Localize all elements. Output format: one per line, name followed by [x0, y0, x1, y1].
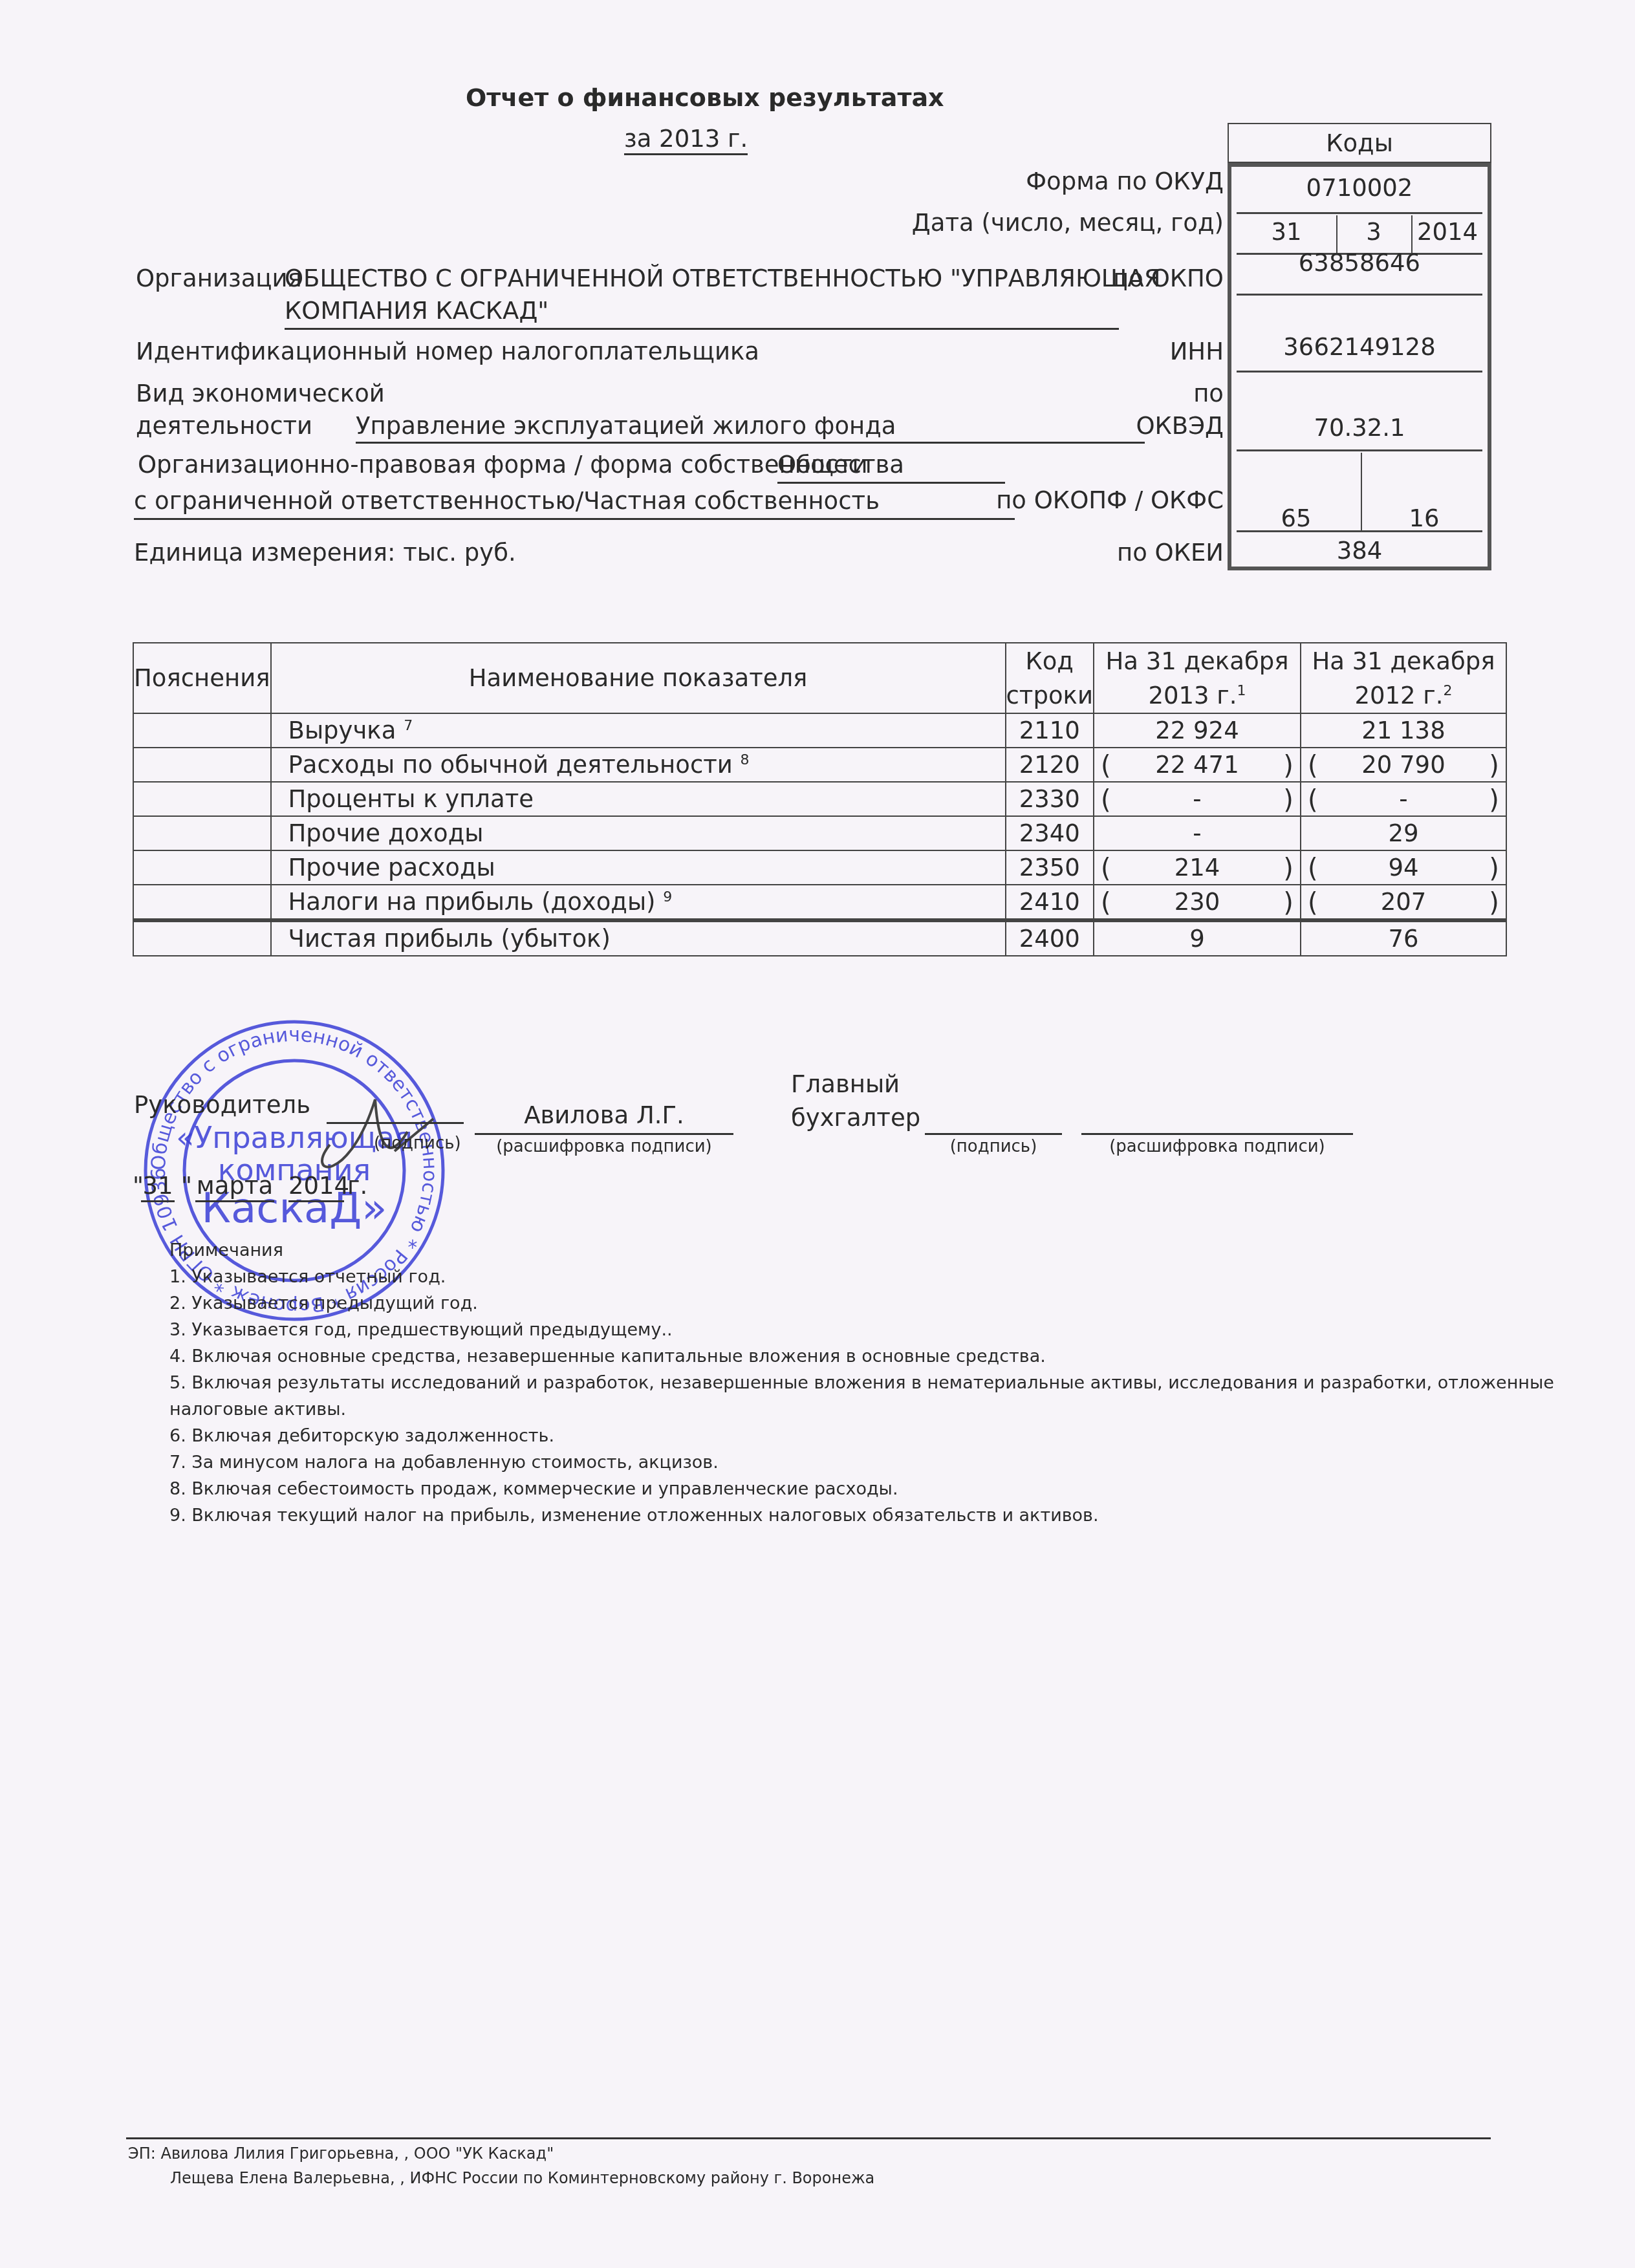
- row-code: 2340: [1006, 816, 1094, 850]
- legal-form-value-2: с ограниченной ответственностью/Частная …: [134, 489, 1015, 520]
- legal-form-value-1: Общества: [777, 453, 1005, 484]
- sign-date-day: 31: [141, 1174, 175, 1202]
- okei-code: 384: [1231, 539, 1488, 563]
- note-item: 3. Указывается год, предшествующий преды…: [169, 1321, 1554, 1339]
- table-row: Прочие расходы2350(214)(94): [133, 850, 1506, 885]
- row-notes: [133, 885, 271, 920]
- sign-date-year: 2014: [288, 1174, 344, 1202]
- date-day-code: 31: [1238, 220, 1335, 244]
- row-value-2012: 76: [1301, 920, 1506, 956]
- row-value-2012: (-): [1301, 782, 1506, 816]
- okopf-code: 65: [1231, 506, 1361, 530]
- row-code: 2350: [1006, 850, 1094, 885]
- chief-name-caption: (расшифровка подписи): [1081, 1138, 1353, 1155]
- chief-accountant-label-1: Главный: [791, 1072, 900, 1096]
- row-name: Прочие расходы: [271, 850, 1006, 885]
- row-value-2013: (230): [1094, 885, 1301, 920]
- head-label: Руководитель: [134, 1093, 310, 1117]
- financial-results-table: Пояснения Наименование показателя Кодстр…: [133, 642, 1507, 956]
- activity-label-2: деятельности: [136, 414, 312, 438]
- head-signature-line: [327, 1122, 464, 1124]
- row-value-2012: (20 790): [1301, 748, 1506, 782]
- table-row: Проценты к уплате2330(-)(-): [133, 782, 1506, 816]
- col-2012: На 31 декабря 2012 г.2: [1301, 643, 1506, 713]
- col-notes: Пояснения: [133, 643, 271, 713]
- codes-box: 0710002 31 3 2014 63858646 3662149128 70…: [1228, 163, 1491, 570]
- note-item: 1. Указывается отчетный год.: [169, 1268, 1554, 1286]
- head-name: Авилова Л.Г.: [475, 1103, 733, 1127]
- row-code: 2410: [1006, 885, 1094, 920]
- row-value-2013: 9: [1094, 920, 1301, 956]
- chief-name-line: [1081, 1133, 1353, 1135]
- row-value-2012: 21 138: [1301, 713, 1506, 748]
- inn-label: Идентификационный номер налогоплательщик…: [136, 340, 759, 363]
- e-signature-line-1: ЭП: Авилова Лилия Григорьевна, , ООО "УК…: [128, 2146, 874, 2161]
- okei-label: по ОКЕИ: [1117, 541, 1224, 565]
- row-value-2013: -: [1094, 816, 1301, 850]
- row-code: 2330: [1006, 782, 1094, 816]
- head-name-caption: (расшифровка подписи): [475, 1138, 733, 1155]
- activity-value: Управление эксплуатацией жилого фонда: [356, 414, 1145, 444]
- sign-date-quote-2: ": [181, 1174, 192, 1198]
- table-row: Выручка 7211022 92421 138: [133, 713, 1506, 748]
- table-row: Налоги на прибыль (доходы) 92410(230)(20…: [133, 885, 1506, 920]
- okved-label-1: по: [1193, 382, 1224, 405]
- sign-date-month: марта: [195, 1174, 274, 1202]
- okopf-label: по ОКОПФ / ОКФС: [996, 488, 1224, 512]
- col-name: Наименование показателя: [271, 643, 1006, 713]
- row-code: 2120: [1006, 748, 1094, 782]
- okfs-code: 16: [1361, 506, 1488, 530]
- activity-label-1: Вид экономической: [136, 382, 385, 405]
- row-name: Выручка 7: [271, 713, 1006, 748]
- date-label: Дата (число, месяц, год): [912, 211, 1224, 235]
- col-code: Кодстроки: [1006, 643, 1094, 713]
- row-code: 2400: [1006, 920, 1094, 956]
- legal-form-label: Организационно-правовая форма / форма со…: [138, 453, 868, 477]
- table-row: Расходы по обычной деятельности 82120(22…: [133, 748, 1506, 782]
- inn-code: 3662149128: [1231, 335, 1488, 359]
- chief-signature-line: [925, 1133, 1062, 1135]
- date-year-code: 2014: [1411, 220, 1484, 244]
- e-signature-block: ЭП: Авилова Лилия Григорьевна, , ООО "УК…: [128, 2146, 874, 2186]
- date-month-code: 3: [1336, 220, 1411, 244]
- note-item: 5. Включая результаты исследований и раз…: [169, 1374, 1554, 1392]
- codes-heading: Коды: [1229, 131, 1490, 155]
- inn-short-label: ИНН: [1170, 340, 1224, 363]
- row-value-2012: (94): [1301, 850, 1506, 885]
- notes-section: Примечания 1. Указывается отчетный год.2…: [169, 1242, 1554, 1524]
- note-item: налоговые активы.: [169, 1401, 1554, 1418]
- org-label: Организация: [136, 266, 302, 290]
- row-notes: [133, 782, 271, 816]
- chief-accountant-label-2: бухгалтер: [791, 1106, 920, 1130]
- okpo-code: 63858646: [1231, 251, 1488, 275]
- head-signature-caption: (подпись): [374, 1135, 461, 1152]
- footer-divider: [126, 2137, 1491, 2139]
- unit-label: Единица измерения: тыс. руб.: [134, 541, 516, 565]
- note-item: 8. Включая себестоимость продаж, коммерч…: [169, 1480, 1554, 1498]
- row-notes: [133, 850, 271, 885]
- row-value-2012: (207): [1301, 885, 1506, 920]
- row-notes: [133, 748, 271, 782]
- okved-label-2: ОКВЭД: [1136, 414, 1224, 438]
- codes-header: Коды: [1228, 123, 1491, 163]
- table-row: Прочие доходы2340-29: [133, 816, 1506, 850]
- note-item: 9. Включая текущий налог на прибыль, изм…: [169, 1507, 1554, 1524]
- okud-code: 0710002: [1231, 176, 1488, 200]
- row-value-2013: (22 471): [1094, 748, 1301, 782]
- org-name-line-1: ОБЩЕСТВО С ОГРАНИЧЕННОЙ ОТВЕТСТВЕННОСТЬЮ…: [285, 266, 1160, 290]
- row-name: Проценты к уплате: [271, 782, 1006, 816]
- table-row: Чистая прибыль (убыток)2400976: [133, 920, 1506, 956]
- report-period: за 2013 г.: [624, 127, 748, 155]
- row-name: Расходы по обычной деятельности 8: [271, 748, 1006, 782]
- e-signature-line-2: Лещева Елена Валерьевна, , ИФНС России п…: [170, 2170, 874, 2186]
- notes-title: Примечания: [169, 1242, 1554, 1259]
- row-name: Прочие доходы: [271, 816, 1006, 850]
- row-value-2013: (-): [1094, 782, 1301, 816]
- row-code: 2110: [1006, 713, 1094, 748]
- okved-code: 70.32.1: [1231, 416, 1488, 440]
- row-notes: [133, 816, 271, 850]
- row-value-2013: 22 924: [1094, 713, 1301, 748]
- report-title: Отчет о финансовых результатах: [466, 85, 944, 110]
- note-item: 6. Включая дебиторскую задолженность.: [169, 1427, 1554, 1445]
- sign-date-suffix: г.: [347, 1174, 367, 1198]
- col-2013: На 31 декабря 2013 г.1: [1094, 643, 1301, 713]
- note-item: 7. За минусом налога на добавленную стои…: [169, 1454, 1554, 1471]
- row-value-2012: 29: [1301, 816, 1506, 850]
- row-name: Налоги на прибыль (доходы) 9: [271, 885, 1006, 920]
- row-value-2013: (214): [1094, 850, 1301, 885]
- okud-label: Форма по ОКУД: [1026, 169, 1224, 193]
- row-name: Чистая прибыль (убыток): [271, 920, 1006, 956]
- org-name-line-2: КОМПАНИЯ КАСКАД": [285, 299, 1119, 330]
- chief-signature-caption: (подпись): [925, 1138, 1062, 1155]
- note-item: 4. Включая основные средства, незавершен…: [169, 1348, 1554, 1365]
- note-item: 2. Указывается предыдущий год.: [169, 1295, 1554, 1312]
- row-notes: [133, 920, 271, 956]
- row-notes: [133, 713, 271, 748]
